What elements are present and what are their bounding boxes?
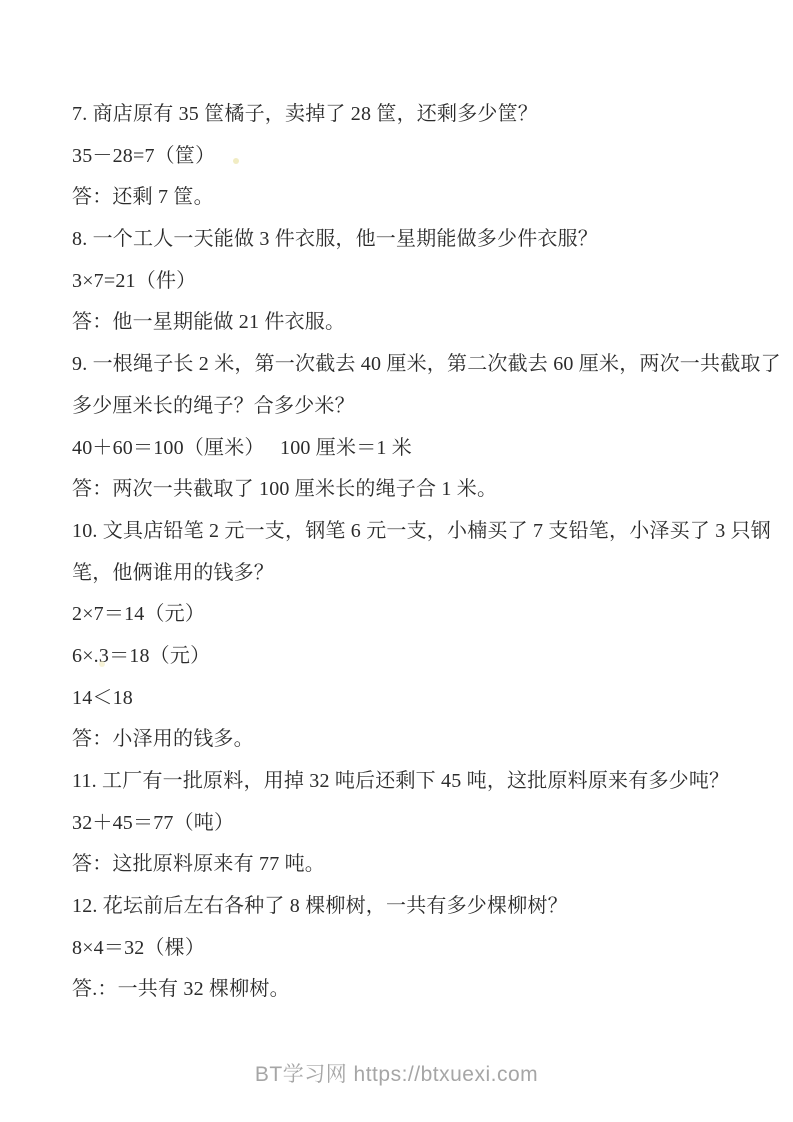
problem-10-equation-2: 6×.3＝18（元） xyxy=(72,636,752,678)
problem-8-answer: 答：他一星期能做 21 件衣服。 xyxy=(72,302,752,344)
problem-9-equations: 40＋60＝100（厘米） 100 厘米＝1 米 xyxy=(72,428,752,470)
problem-10-comparison: 14＜18 xyxy=(72,678,752,720)
problem-12: 12. 花坛前后左右各种了 8 棵柳树，一共有多少棵柳树？ 8×4＝32（棵） … xyxy=(72,886,752,1011)
problem-11-answer: 答：这批原料原来有 77 吨。 xyxy=(72,844,752,886)
problem-9-answer: 答：两次一共截取了 100 厘米长的绳子合 1 米。 xyxy=(72,469,752,511)
problem-10: 10. 文具店铅笔 2 元一支，钢笔 6 元一支，小楠买了 7 支铅笔，小泽买了… xyxy=(72,511,752,761)
problem-8: 8. 一个工人一天能做 3 件衣服，他一星期能做多少件衣服？ 3×7=21（件）… xyxy=(72,219,752,344)
problem-7-question: 7. 商店原有 35 筐橘子，卖掉了 28 筐，还剩多少筐？ xyxy=(72,94,752,136)
problem-11: 11. 工厂有一批原料，用掉 32 吨后还剩下 45 吨，这批原料原来有多少吨？… xyxy=(72,761,752,886)
problem-9-question-line-1: 9. 一根绳子长 2 米，第一次截去 40 厘米，第二次截去 60 厘米，两次一… xyxy=(72,344,752,386)
problem-8-question: 8. 一个工人一天能做 3 件衣服，他一星期能做多少件衣服？ xyxy=(72,219,752,261)
problem-12-equation: 8×4＝32（棵） xyxy=(72,928,752,970)
problem-10-equation-1: 2×7＝14（元） xyxy=(72,594,752,636)
problem-12-question: 12. 花坛前后左右各种了 8 棵柳树，一共有多少棵柳树？ xyxy=(72,886,752,928)
problem-10-answer: 答：小泽用的钱多。 xyxy=(72,719,752,761)
problem-11-question: 11. 工厂有一批原料，用掉 32 吨后还剩下 45 吨，这批原料原来有多少吨？ xyxy=(72,761,752,803)
problem-10-question-line-1: 10. 文具店铅笔 2 元一支，钢笔 6 元一支，小楠买了 7 支铅笔，小泽买了… xyxy=(72,511,752,553)
problem-8-equation: 3×7=21（件） xyxy=(72,261,752,303)
watermark-text: BT学习网 https://btxuexi.com xyxy=(255,1063,538,1086)
problem-7-equation: 35－28=7（筐） xyxy=(72,136,752,178)
problem-9-question-line-2: 多少厘米长的绳子？合多少米？ xyxy=(72,386,752,428)
problem-12-answer: 答.：一共有 32 棵柳树。 xyxy=(72,969,752,1011)
document-page: 7. 商店原有 35 筐橘子，卖掉了 28 筐，还剩多少筐？ 35－28=7（筐… xyxy=(0,0,793,1122)
problem-7: 7. 商店原有 35 筐橘子，卖掉了 28 筐，还剩多少筐？ 35－28=7（筐… xyxy=(72,94,752,219)
problem-9: 9. 一根绳子长 2 米，第一次截去 40 厘米，第二次截去 60 厘米，两次一… xyxy=(72,344,752,511)
problem-10-question-line-2: 笔，他俩谁用的钱多？ xyxy=(72,553,752,595)
worksheet: 7. 商店原有 35 筐橘子，卖掉了 28 筐，还剩多少筐？ 35－28=7（筐… xyxy=(72,94,752,1011)
problem-11-equation: 32＋45＝77（吨） xyxy=(72,803,752,845)
watermark: BT学习网 https://btxuexi.com xyxy=(0,1062,793,1088)
problem-7-answer: 答：还剩 7 筐。 xyxy=(72,177,752,219)
